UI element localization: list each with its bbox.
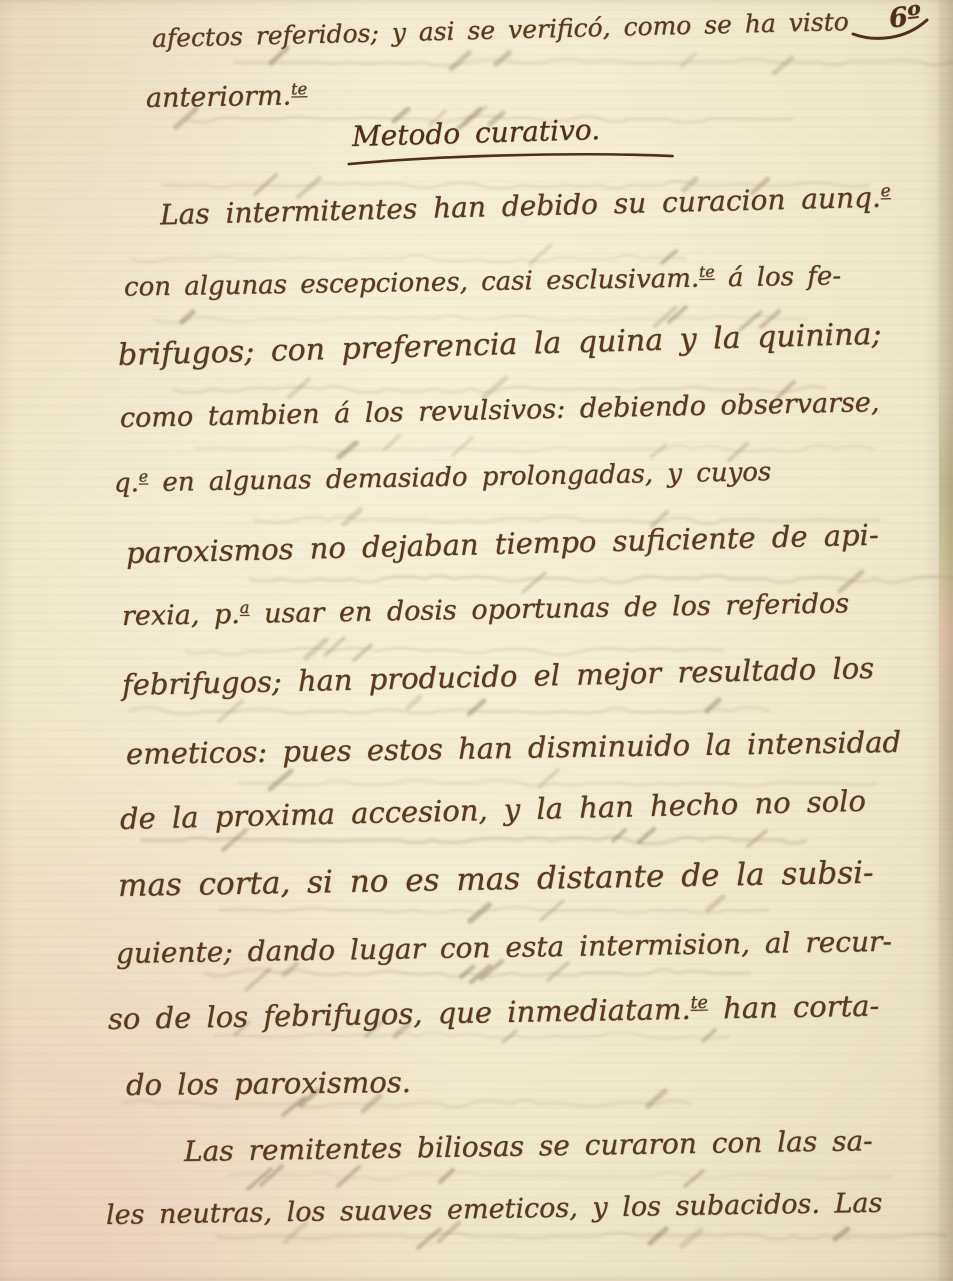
superscript-abbreviation: e — [139, 467, 149, 485]
line-text: con algunas escepciones, casi esclusivam… — [124, 264, 700, 303]
manuscript-text: afectos referidos; y asi se verificó, co… — [0, 0, 953, 1281]
manuscript-line: mas corta, si no es mas distante de la s… — [118, 855, 874, 904]
line-text: como tambien á los revulsivos: debiendo … — [120, 387, 880, 434]
manuscript-line: guiente; dando lugar con esta intermisio… — [116, 925, 892, 970]
line-text: usar en dosis oportunas de los referidos — [249, 588, 849, 629]
manuscript-line: les neutras, los suaves emeticos, y los … — [106, 1188, 883, 1231]
line-text: guiente; dando lugar con esta intermisio… — [116, 925, 892, 970]
line-text: rexia, p. — [122, 599, 240, 632]
line-text: febrifugos; han producido el mejor resul… — [122, 651, 875, 702]
manuscript-line: paroxismos no dejaban tiempo suficiente … — [126, 518, 879, 570]
manuscript-line: Las intermitentes han debido su curacion… — [160, 180, 892, 231]
manuscript-line: emeticos: pues estos han disminuido la i… — [126, 725, 902, 771]
manuscript-line: brifugos; con preferencia la quina y la … — [118, 317, 882, 373]
superscript-abbreviation: a — [240, 598, 250, 617]
manuscript-line: do los paroxismos. — [126, 1065, 411, 1102]
manuscript-line: de la proxima accesion, y la han hecho n… — [120, 784, 867, 836]
line-text: anteriorm. — [146, 80, 292, 114]
line-text: emeticos: pues estos han disminuido la i… — [126, 725, 902, 771]
manuscript-line: rexia, p.a usar en dosis oportunas de lo… — [122, 587, 850, 632]
line-text: á los fe- — [714, 261, 841, 293]
line-text: de la proxima accesion, y la han hecho n… — [120, 784, 867, 836]
line-text: brifugos; con preferencia la quina y la … — [118, 317, 882, 373]
superscript-abbreviation: te — [699, 263, 715, 281]
manuscript-line: so de los febrifugos, que inmediatam.te … — [108, 989, 880, 1036]
line-text: Las intermitentes han debido su curacion… — [160, 181, 882, 232]
line-text: so de los febrifugos, que inmediatam. — [108, 992, 691, 1036]
superscript-abbreviation: te — [291, 79, 307, 98]
manuscript-line: como tambien á los revulsivos: debiendo … — [120, 387, 880, 434]
line-text: les neutras, los suaves emeticos, y los … — [106, 1188, 883, 1231]
superscript-abbreviation: e — [880, 180, 890, 200]
superscript-abbreviation: te — [690, 993, 708, 1013]
line-text: han corta- — [708, 989, 880, 1026]
manuscript-page: 6º afectos referidos; y asi se verificó,… — [0, 0, 953, 1281]
manuscript-line: febrifugos; han producido el mejor resul… — [122, 651, 875, 702]
line-text: en algunas demasiado prolongadas, y cuyo… — [148, 457, 772, 498]
section-heading: Metodo curativo. — [352, 113, 601, 153]
manuscript-line: q.e en algunas demasiado prolongadas, y … — [114, 457, 772, 499]
line-text: Las remitentes biliosas se curaron con l… — [184, 1124, 873, 1168]
line-text: afectos referidos; y asi se verificó, co… — [152, 7, 849, 53]
manuscript-line: Las remitentes biliosas se curaron con l… — [184, 1124, 873, 1168]
manuscript-line: con algunas escepciones, casi esclusivam… — [124, 261, 842, 303]
manuscript-line: anteriorm.te — [146, 79, 308, 114]
manuscript-line: afectos referidos; y asi se verificó, co… — [152, 7, 849, 53]
line-text: paroxismos no dejaban tiempo suficiente … — [126, 518, 879, 570]
line-text: do los paroxismos. — [126, 1065, 411, 1102]
line-text: q. — [114, 468, 139, 498]
line-text: Metodo curativo. — [352, 113, 601, 153]
line-text: mas corta, si no es mas distante de la s… — [118, 855, 874, 904]
